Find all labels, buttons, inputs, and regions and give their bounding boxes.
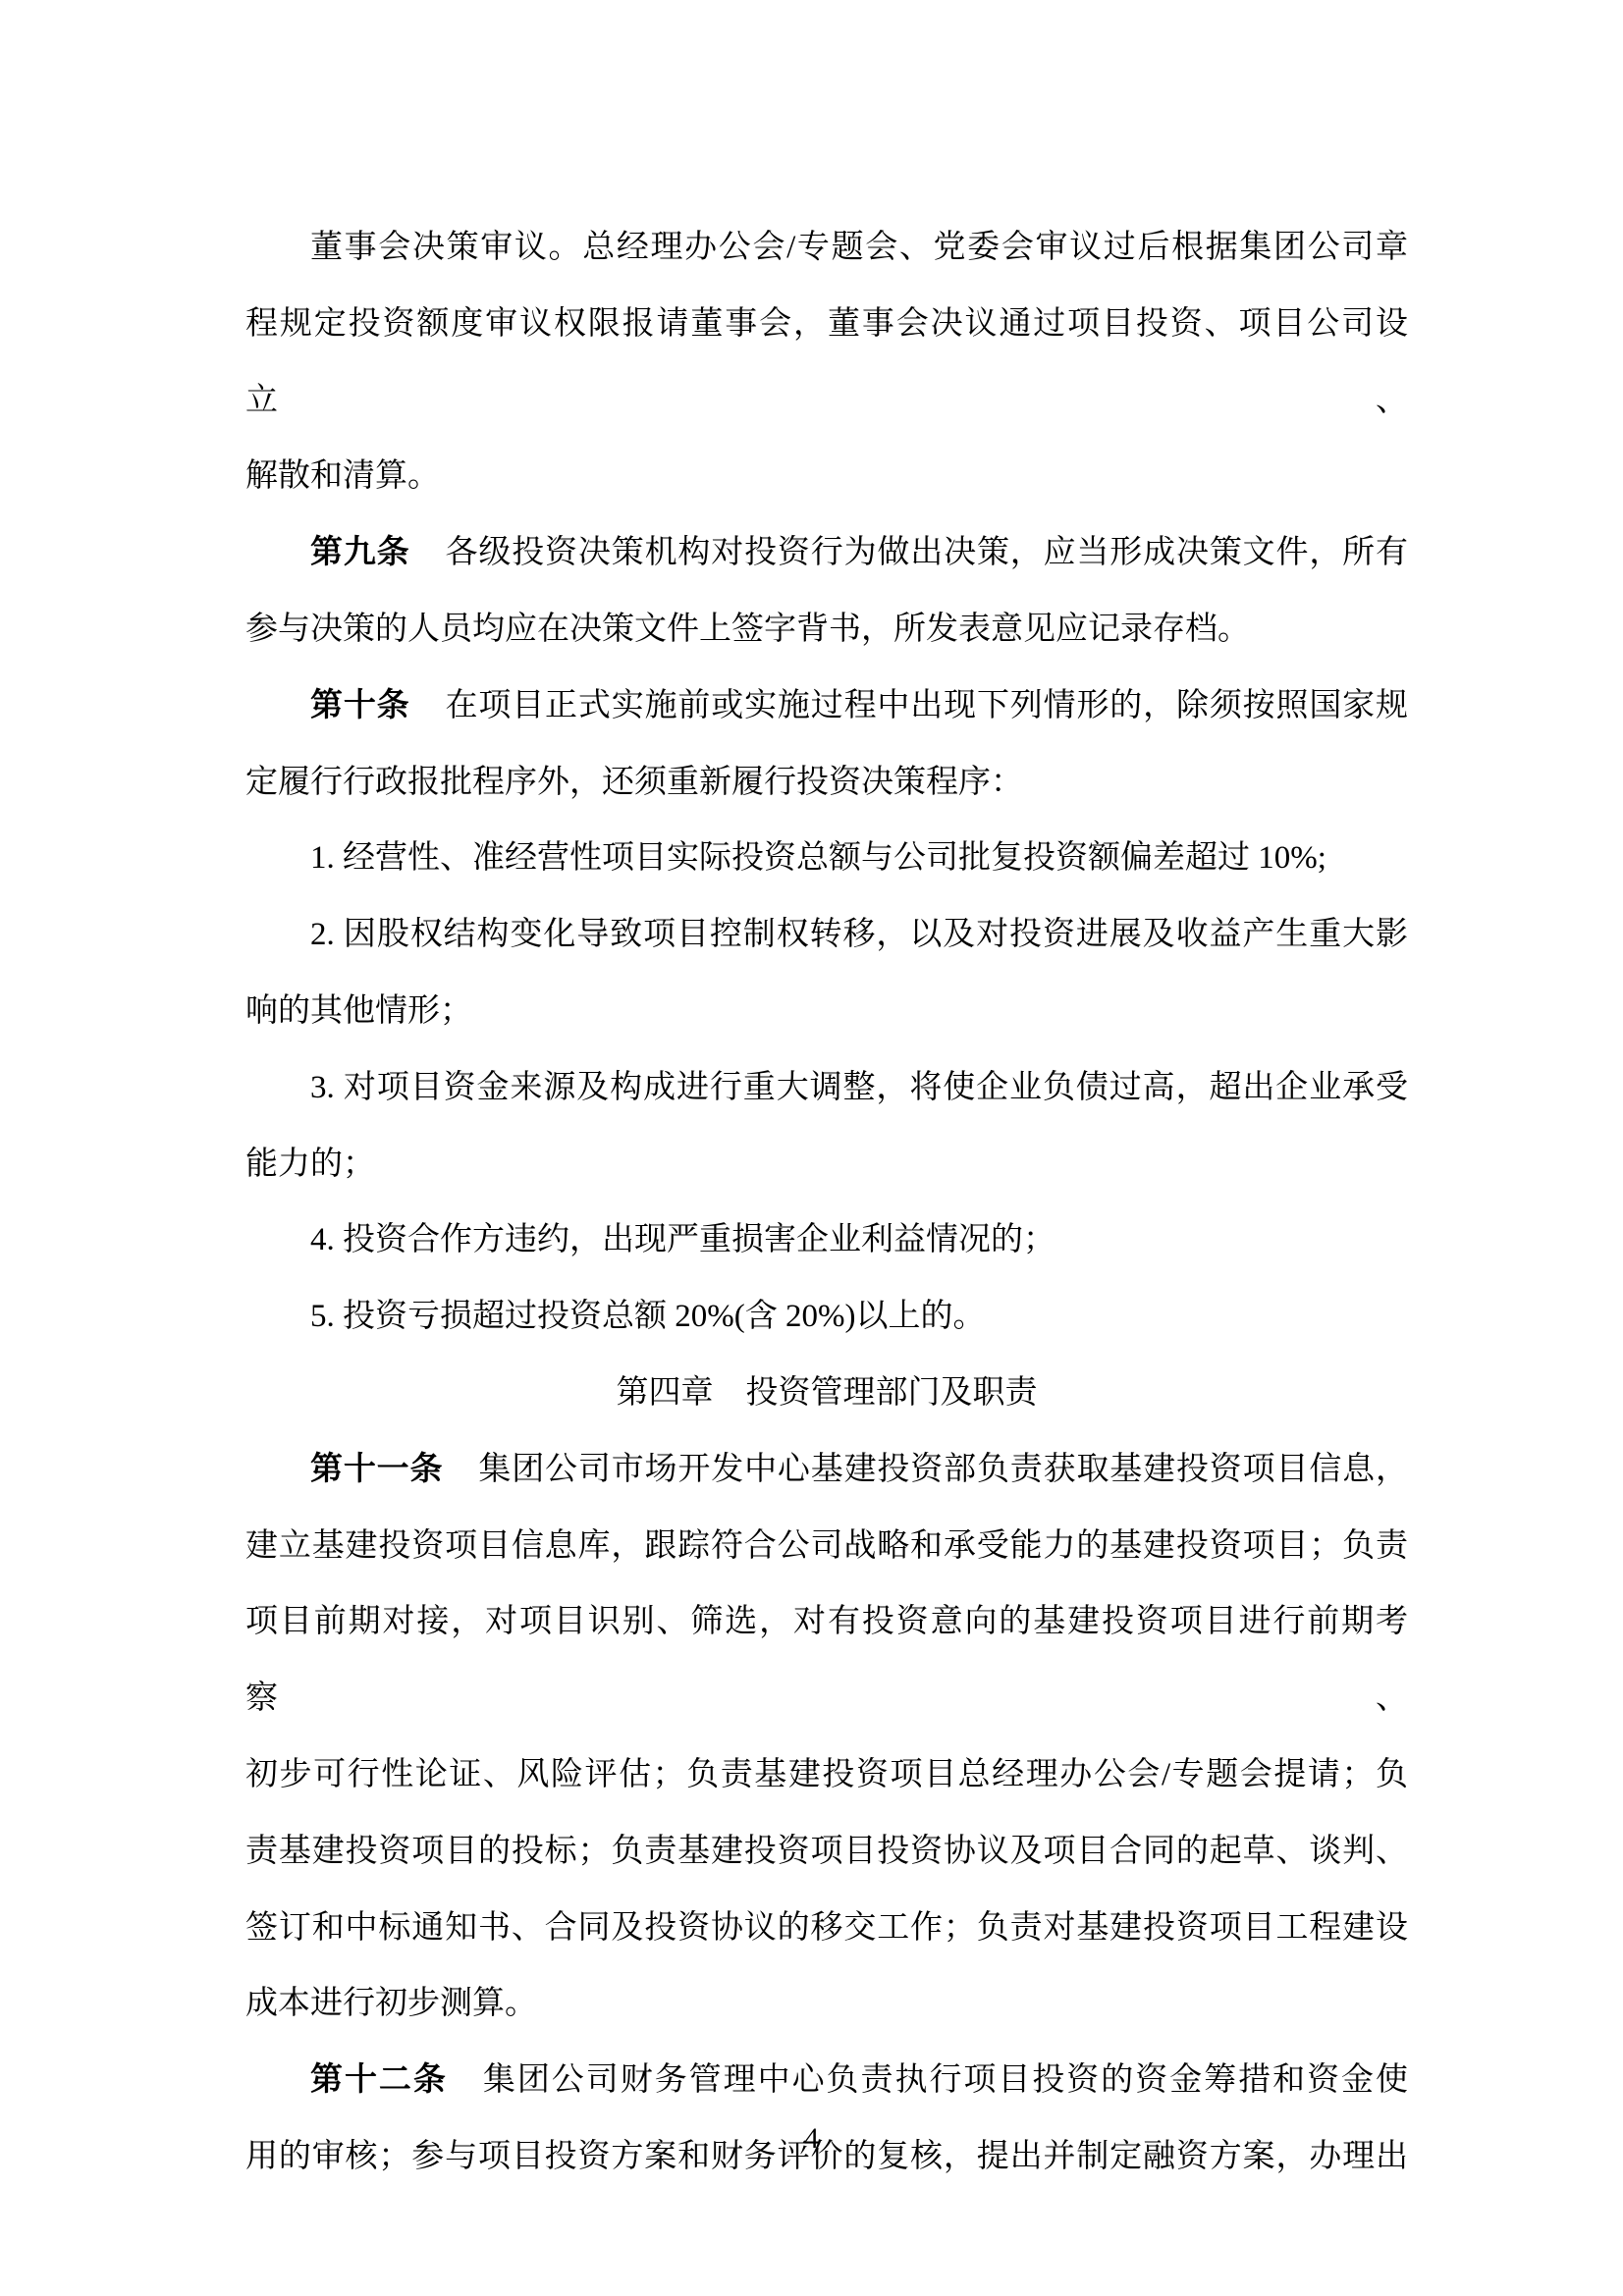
line-text: 2. 因股权结构变化导致项目控制权转移，以及对投资进展及收益产生重大影 [310, 917, 1408, 952]
document-line: 定履行行政报批程序外，还须重新履行投资决策程序： [245, 745, 1408, 822]
document-line: 程规定投资额度审议权限报请董事会，董事会决议通过项目投资、项目公司设立、 [245, 287, 1408, 440]
page-number: 4 [0, 2122, 1623, 2156]
line-text: 初步可行性论证、风险评估；负责基建投资项目总经理办公会/专题会提请；负 [245, 1757, 1408, 1792]
list-item-line: 4. 投资合作方违约，出现严重损害企业利益情况的； [245, 1202, 1408, 1279]
line-text: 4. 投资合作方违约，出现严重损害企业利益情况的； [310, 1222, 1055, 1257]
line-text: 建立基建投资项目信息库，跟踪符合公司战略和承受能力的基建投资项目；负责 [245, 1528, 1408, 1564]
list-item-line: 5. 投资亏损超过投资总额 20%(含 20%)以上的。 [245, 1279, 1408, 1356]
document-page: 董事会决策审议。总经理办公会/专题会、党委会审议过后根据集团公司章 程规定投资额… [0, 0, 1623, 2296]
line-text: 程规定投资额度审议权限报请董事会，董事会决议通过项目投资、项目公司设立、 [245, 306, 1408, 418]
chapter-number: 第四章 [617, 1375, 714, 1411]
article-number: 第十二条 [310, 2062, 448, 2098]
document-line: 响的其他情形； [245, 974, 1408, 1050]
article-number: 第十一条 [310, 1452, 443, 1487]
line-text: 集团公司市场开发中心基建投资部负责获取基建投资项目信息， [478, 1452, 1408, 1487]
line-text: 各级投资决策机构对投资行为做出决策，应当形成决策文件，所有 [446, 535, 1408, 570]
article-start-line: 第十二条集团公司财务管理中心负责执行项目投资的资金筹措和资金使 [245, 2043, 1408, 2119]
line-text: 在项目正式实施前或实施过程中出现下列情形的，除须按照国家规 [446, 688, 1408, 723]
article-start-line: 第十一条集团公司市场开发中心基建投资部负责获取基建投资项目信息， [245, 1432, 1408, 1509]
line-text: 1. 经营性、准经营性项目实际投资总额与公司批复投资额偏差超过 10%; [310, 840, 1326, 876]
chapter-title: 投资管理部门及职责 [746, 1375, 1038, 1411]
document-line: 能力的； [245, 1127, 1408, 1203]
line-text: 定履行行政报批程序外，还须重新履行投资决策程序： [245, 765, 1023, 800]
document-line: 项目前期对接，对项目识别、筛选，对有投资意向的基建投资项目进行前期考察、 [245, 1584, 1408, 1737]
list-item-line: 2. 因股权结构变化导致项目控制权转移，以及对投资进展及收益产生重大影 [245, 897, 1408, 974]
document-line: 董事会决策审议。总经理办公会/专题会、党委会审议过后根据集团公司章 [245, 210, 1408, 287]
document-line: 解散和清算。 [245, 439, 1408, 515]
line-text: 董事会决策审议。总经理办公会/专题会、党委会审议过后根据集团公司章 [310, 230, 1408, 265]
line-text: 成本进行初步测算。 [245, 1986, 537, 2021]
document-line: 初步可行性论证、风险评估；负责基建投资项目总经理办公会/专题会提请；负 [245, 1737, 1408, 1814]
line-text: 项目前期对接，对项目识别、筛选，对有投资意向的基建投资项目进行前期考察、 [245, 1604, 1408, 1716]
document-body: 董事会决策审议。总经理办公会/专题会、党委会审议过后根据集团公司章 程规定投资额… [245, 210, 1408, 2196]
line-text: 解散和清算。 [245, 458, 440, 494]
document-line: 责基建投资项目的投标；负责基建投资项目投资协议及项目合同的起草、谈判、 [245, 1814, 1408, 1891]
article-start-line: 第十条在项目正式实施前或实施过程中出现下列情形的，除须按照国家规 [245, 668, 1408, 745]
document-line: 签订和中标通知书、合同及投资协议的移交工作；负责对基建投资项目工程建设 [245, 1891, 1408, 1967]
article-number: 第九条 [310, 535, 410, 570]
line-text: 集团公司财务管理中心负责执行项目投资的资金筹措和资金使 [483, 2062, 1408, 2098]
document-line: 参与决策的人员均应在决策文件上签字背书，所发表意见应记录存档。 [245, 592, 1408, 668]
line-text: 参与决策的人员均应在决策文件上签字背书，所发表意见应记录存档。 [245, 612, 1250, 647]
line-text: 响的其他情形； [245, 993, 472, 1029]
line-text: 5. 投资亏损超过投资总额 20%(含 20%)以上的。 [310, 1299, 985, 1334]
article-start-line: 第九条各级投资决策机构对投资行为做出决策，应当形成决策文件，所有 [245, 515, 1408, 592]
list-item-line: 3. 对项目资金来源及构成进行重大调整，将使企业负债过高，超出企业承受 [245, 1050, 1408, 1127]
line-text: 能力的； [245, 1147, 375, 1182]
document-line: 成本进行初步测算。 [245, 1966, 1408, 2043]
document-line: 建立基建投资项目信息库，跟踪符合公司战略和承受能力的基建投资项目；负责 [245, 1509, 1408, 1585]
chapter-heading: 第四章投资管理部门及职责 [245, 1356, 1408, 1432]
article-number: 第十条 [310, 688, 410, 723]
line-text: 责基建投资项目的投标；负责基建投资项目投资协议及项目合同的起草、谈判、 [245, 1834, 1408, 1869]
line-text: 3. 对项目资金来源及构成进行重大调整，将使企业负债过高，超出企业承受 [310, 1070, 1408, 1105]
list-item-line: 1. 经营性、准经营性项目实际投资总额与公司批复投资额偏差超过 10%; [245, 821, 1408, 897]
line-text: 签订和中标通知书、合同及投资协议的移交工作；负责对基建投资项目工程建设 [245, 1910, 1408, 1946]
